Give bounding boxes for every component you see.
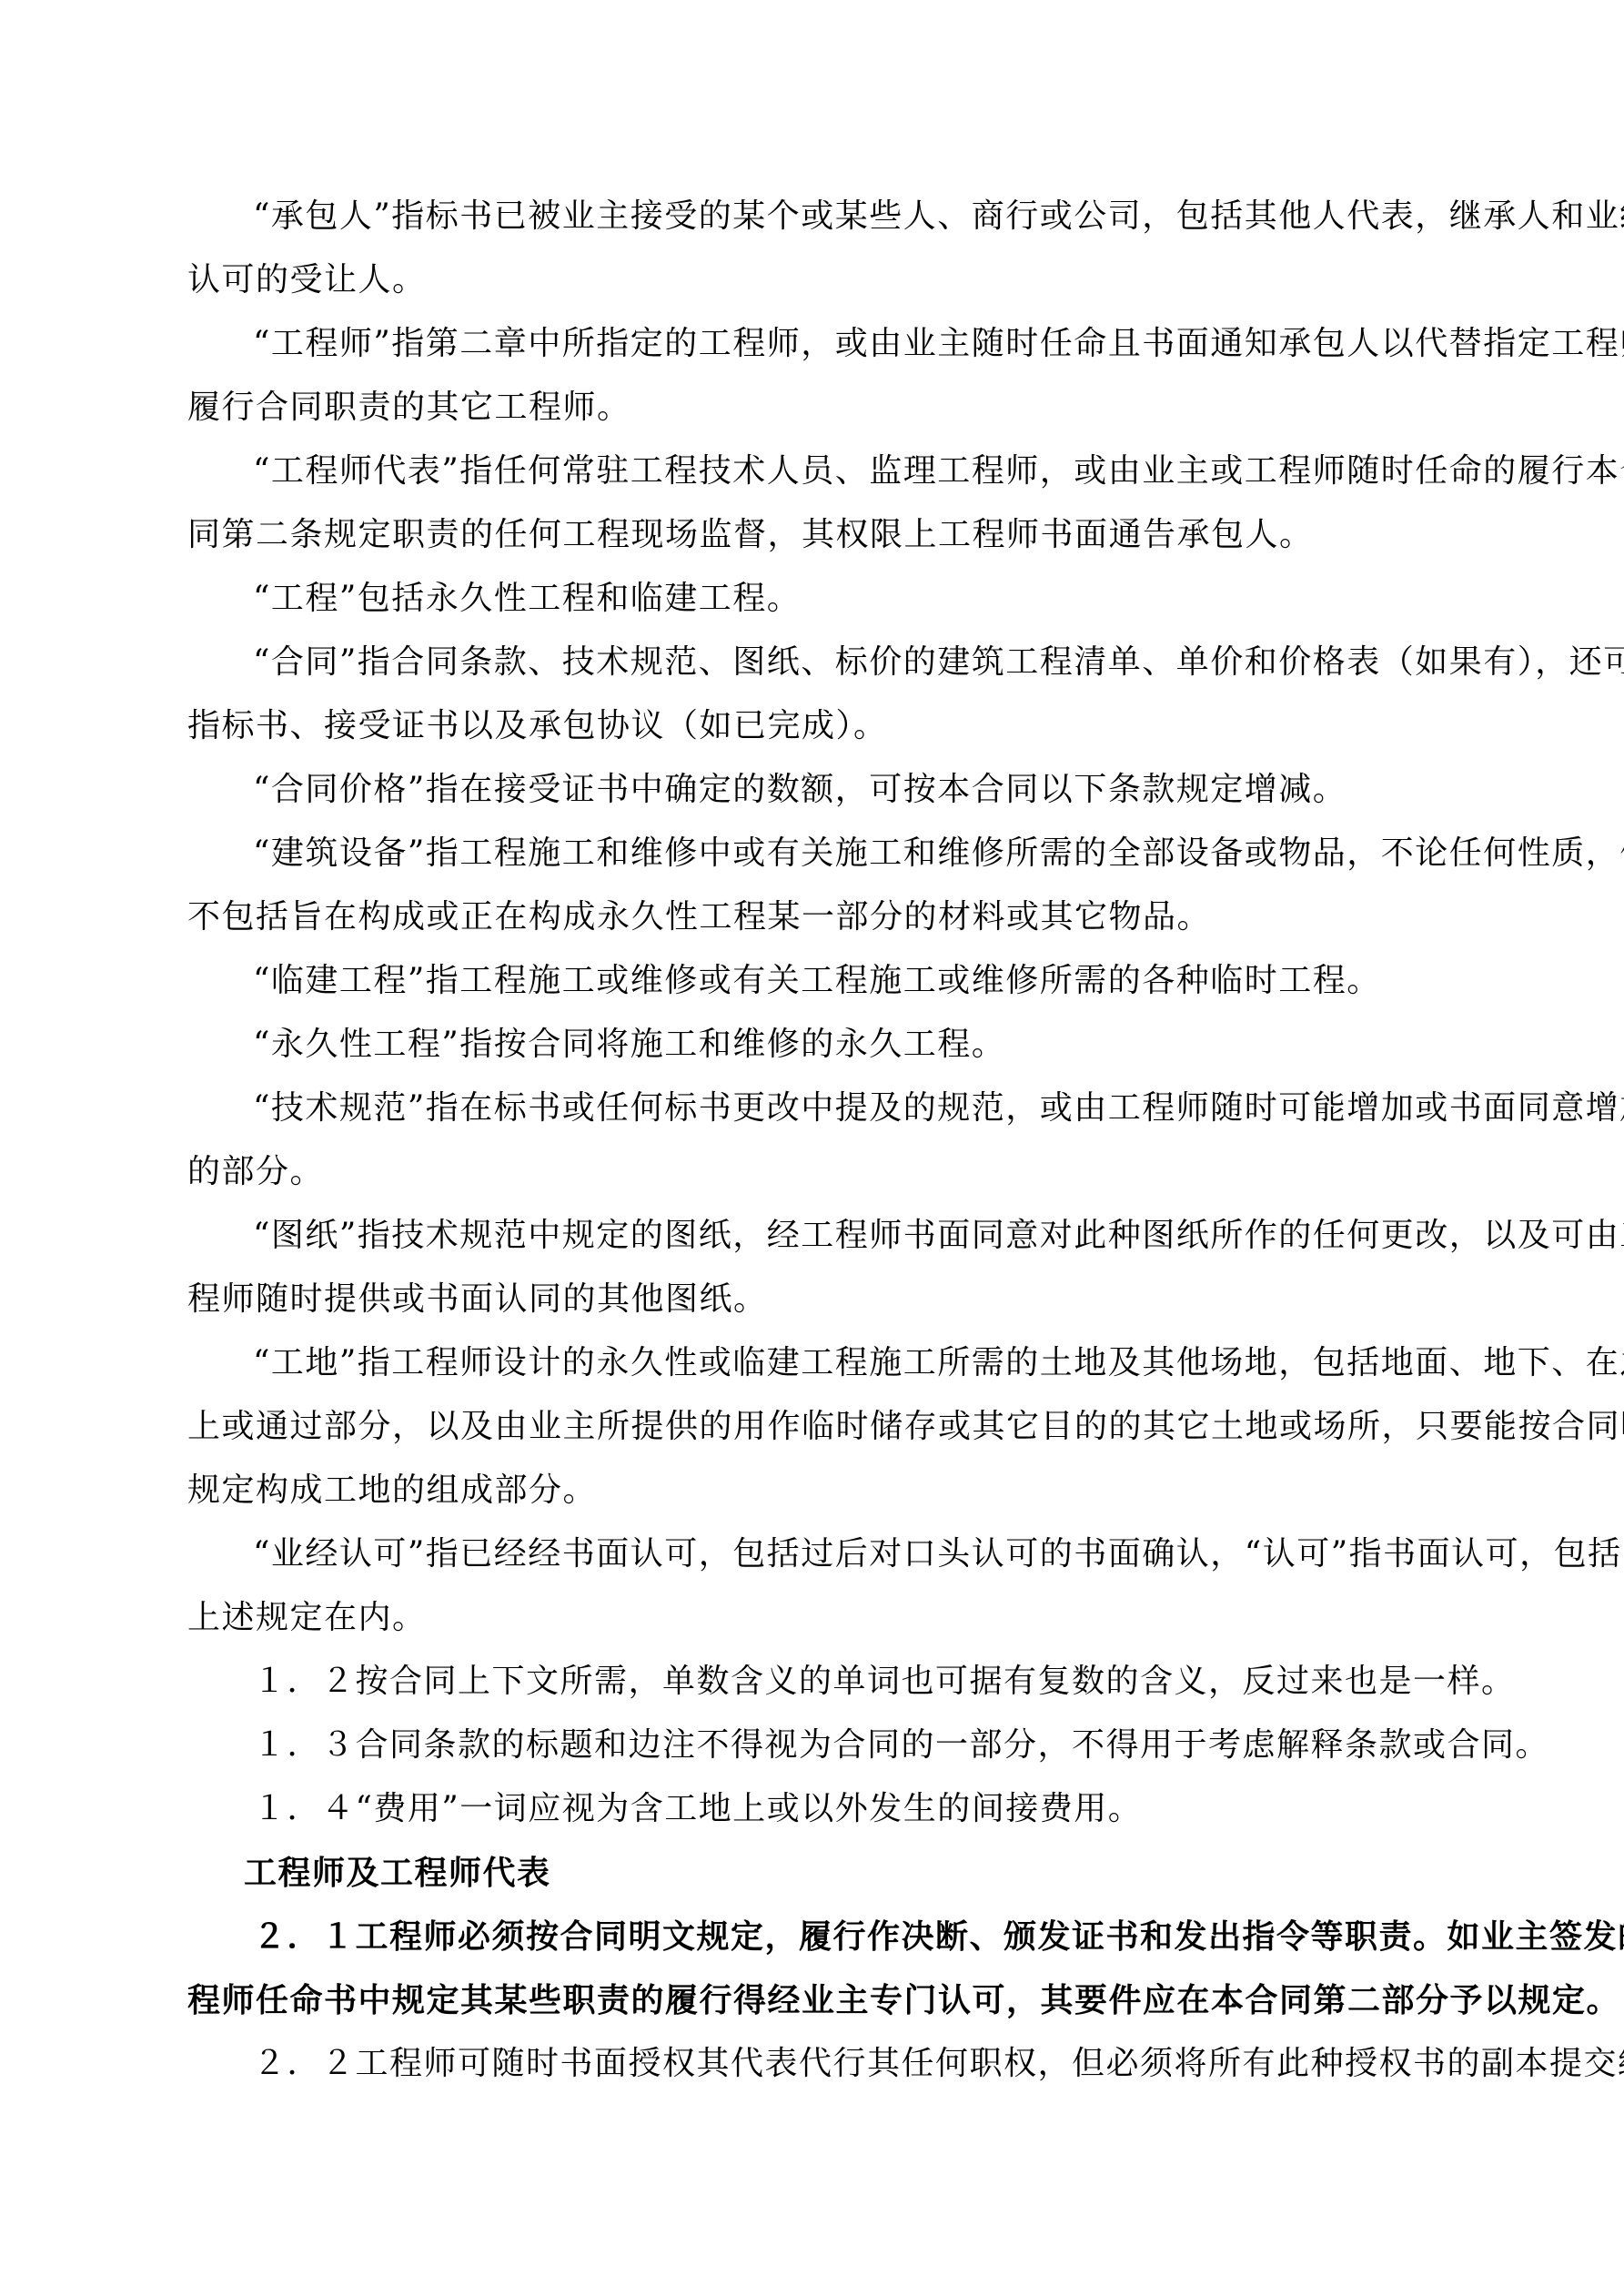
definition-contractor: “承包人”指标书已被业主接受的某个或某些人、商行或公司，包括其他人代表，继承人和…: [187, 185, 1443, 312]
definition-site: “工地”指工程师设计的永久性或临建工程施工所需的土地及其他场地，包括地面、地下、…: [187, 1331, 1443, 1522]
definition-construction-equipment: “建筑设备”指工程施工和维修中或有关施工和维修所需的全部设备或物品，不论任何性质…: [187, 822, 1443, 949]
paragraph-line: “承包人”指标书已被业主接受的某个或某些人、商行或公司，包括其他人代表，继承人和…: [187, 185, 1436, 248]
paragraph-line: 履行合同职责的其它工程师。: [187, 376, 1443, 440]
paragraph-line: “合同”指合同条款、技术规范、图纸、标价的建筑工程清单、单价和价格表（如果有），…: [187, 631, 1436, 694]
paragraph-line: “合同价格”指在接受证书中确定的数额，可按本合同以下条款规定增减。: [187, 758, 1443, 822]
definition-engineer: “工程师”指第二章中所指定的工程师，或由业主随时任命且书面通知承包人以代替指定工…: [187, 312, 1443, 440]
definition-approved: “业经认可”指已经经书面认可，包括过后对口头认可的书面确认，“认可”指书面认可，…: [187, 1522, 1443, 1650]
paragraph-line: “图纸”指技术规范中规定的图纸，经工程师书面同意对此种图纸所作的任何更改，以及可…: [187, 1204, 1436, 1268]
definition-permanent-works: “永久性工程”指按合同将施工和维修的永久工程。: [187, 1013, 1443, 1077]
paragraph-line: 指标书、接受证书以及承包协议（如已完成）。: [187, 694, 1443, 758]
document-page: “承包人”指标书已被业主接受的某个或某些人、商行或公司，包括其他人代表，继承人和…: [0, 0, 1624, 2296]
document-body: “承包人”指标书已被业主接受的某个或某些人、商行或公司，包括其他人代表，继承人和…: [187, 185, 1443, 2096]
section-heading-text: 工程师及工程师代表: [187, 1841, 1443, 1905]
paragraph-line: “工程师代表”指任何常驻工程技术人员、监理工程师，或由业主或工程师随时任命的履行…: [187, 440, 1436, 503]
definition-contract-price: “合同价格”指在接受证书中确定的数额，可按本合同以下条款规定增减。: [187, 758, 1443, 822]
paragraph-line: 规定构成工地的组成部分。: [187, 1459, 1443, 1522]
definition-works: “工程”包括永久性工程和临建工程。: [187, 567, 1443, 631]
paragraph-line: １．４“费用”一词应视为含工地上或以外发生的间接费用。: [187, 1777, 1443, 1841]
paragraph-line: 认可的受让人。: [187, 248, 1443, 312]
definition-contract: “合同”指合同条款、技术规范、图纸、标价的建筑工程清单、单价和价格表（如果有），…: [187, 631, 1443, 758]
paragraph-line: 上或通过部分，以及由业主所提供的用作临时储存或其它目的的其它土地或场所，只要能按…: [187, 1395, 1436, 1459]
paragraph-line: “工地”指工程师设计的永久性或临建工程施工所需的土地及其他场地，包括地面、地下、…: [187, 1331, 1436, 1395]
paragraph-line: “业经认可”指已经经书面认可，包括过后对口头认可的书面确认，“认可”指书面认可，…: [187, 1522, 1436, 1586]
paragraph-line: ２．１工程师必须按合同明文规定，履行作决断、颁发证书和发出指令等职责。如业主签发…: [187, 1905, 1436, 1968]
paragraph-line: １．３合同条款的标题和边注不得视为合同的一部分，不得用于考虑解释条款或合同。: [187, 1714, 1443, 1777]
definition-engineer-representative: “工程师代表”指任何常驻工程技术人员、监理工程师，或由业主或工程师随时任命的履行…: [187, 440, 1443, 567]
paragraph-line: “工程师”指第二章中所指定的工程师，或由业主随时任命且书面通知承包人以代替指定工…: [187, 312, 1436, 376]
paragraph-line: 的部分。: [187, 1140, 1443, 1204]
paragraph-line: １．２按合同上下文所需，单数含义的单词也可据有复数的含义，反过来也是一样。: [187, 1650, 1443, 1714]
paragraph-line: “工程”包括永久性工程和临建工程。: [187, 567, 1443, 631]
clause-1-4: １．４“费用”一词应视为含工地上或以外发生的间接费用。: [187, 1777, 1443, 1841]
paragraph-line: 程师随时提供或书面认同的其他图纸。: [187, 1268, 1443, 1331]
clause-1-2: １．２按合同上下文所需，单数含义的单词也可据有复数的含义，反过来也是一样。: [187, 1650, 1443, 1714]
paragraph-line: “永久性工程”指按合同将施工和维修的永久工程。: [187, 1013, 1443, 1077]
clause-2-2: ２．２工程师可随时书面授权其代表代行其任何职权，但必须将所有此种授权书的副本提交…: [187, 2032, 1443, 2096]
clause-1-3: １．３合同条款的标题和边注不得视为合同的一部分，不得用于考虑解释条款或合同。: [187, 1714, 1443, 1777]
paragraph-line: “建筑设备”指工程施工和维修中或有关施工和维修所需的全部设备或物品，不论任何性质…: [187, 822, 1436, 885]
clause-2-1: ２．１工程师必须按合同明文规定，履行作决断、颁发证书和发出指令等职责。如业主签发…: [187, 1905, 1443, 2032]
definition-temporary-works: “临建工程”指工程施工或维修或有关工程施工或维修所需的各种临时工程。: [187, 949, 1443, 1013]
paragraph-line: 程师任命书中规定其某些职责的履行得经业主专门认可，其要件应在本合同第二部分予以规…: [187, 1968, 1443, 2032]
paragraph-line: 同第二条规定职责的任何工程现场监督，其权限上工程师书面通告承包人。: [187, 503, 1443, 567]
definition-drawings: “图纸”指技术规范中规定的图纸，经工程师书面同意对此种图纸所作的任何更改，以及可…: [187, 1204, 1443, 1331]
paragraph-line: ２．２工程师可随时书面授权其代表代行其任何职权，但必须将所有此种授权书的副本提交…: [187, 2032, 1436, 2096]
paragraph-line: 不包括旨在构成或正在构成永久性工程某一部分的材料或其它物品。: [187, 885, 1443, 949]
section-heading: 工程师及工程师代表: [187, 1841, 1443, 1905]
paragraph-line: 上述规定在内。: [187, 1586, 1443, 1650]
paragraph-line: “技术规范”指在标书或任何标书更改中提及的规范，或由工程师随时可能增加或书面同意…: [187, 1077, 1436, 1140]
definition-specification: “技术规范”指在标书或任何标书更改中提及的规范，或由工程师随时可能增加或书面同意…: [187, 1077, 1443, 1204]
paragraph-line: “临建工程”指工程施工或维修或有关工程施工或维修所需的各种临时工程。: [187, 949, 1443, 1013]
